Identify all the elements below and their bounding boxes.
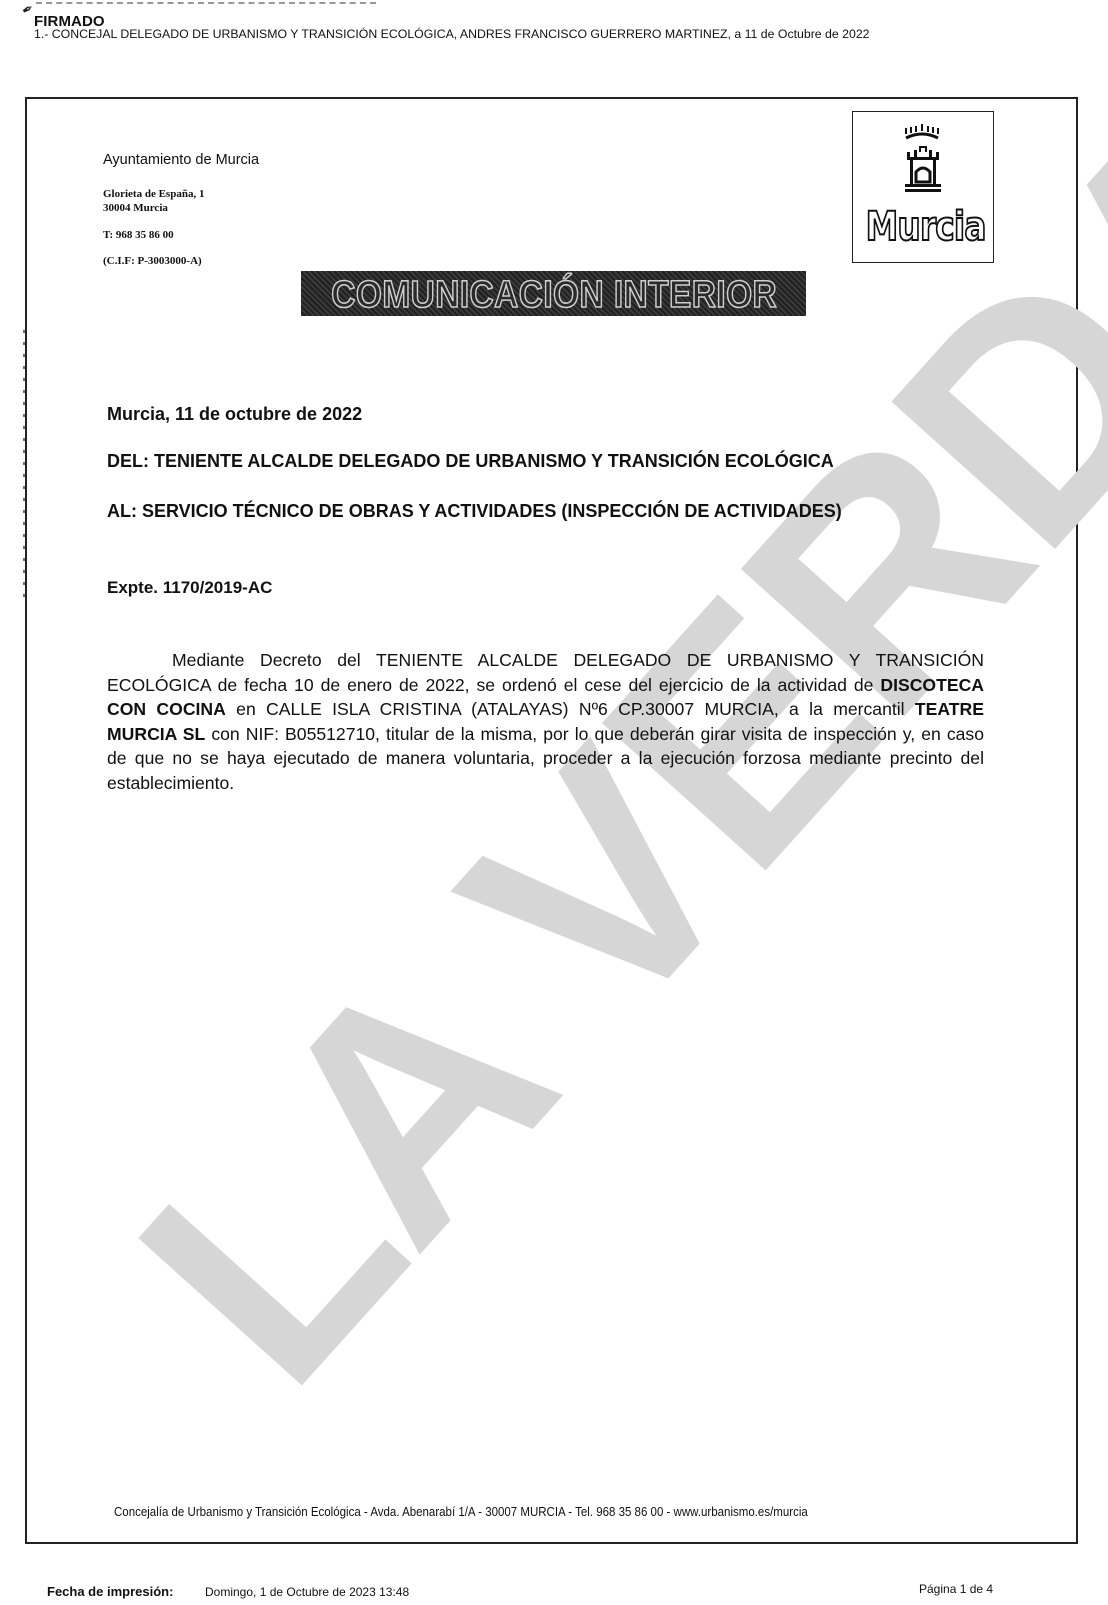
banner-text: COMUNICACIÓN INTERIOR (331, 274, 775, 317)
footer-address: Concejalía de Urbanismo y Transición Eco… (114, 1505, 808, 1519)
body-text-1: Mediante Decreto del TENIENTE ALCALDE DE… (107, 650, 984, 695)
body-paragraph: Mediante Decreto del TENIENTE ALCALDE DE… (107, 648, 984, 795)
document-type-banner: COMUNICACIÓN INTERIOR (301, 271, 806, 316)
crown-icon (900, 124, 944, 144)
address-line-2: 30004 Murcia (103, 202, 168, 215)
phone-number: T: 968 35 86 00 (103, 229, 174, 242)
body-text-3: con NIF: B05512710, titular de la misma,… (107, 724, 984, 793)
sender: DEL: TENIENTE ALCALDE DELEGADO DE URBANI… (107, 451, 834, 472)
document-date: Murcia, 11 de octubre de 2022 (107, 404, 362, 425)
logo-wordmark: Murcia (866, 204, 981, 250)
body-text-2: en CALLE ISLA CRISTINA (ATALAYAS) Nº6 CP… (226, 699, 915, 719)
tower-icon (905, 146, 941, 192)
document-content: Ayuntamiento de Murcia Glorieta de Españ… (0, 0, 1108, 1605)
recipient: AL: SERVICIO TÉCNICO DE OBRAS Y ACTIVIDA… (107, 501, 842, 522)
organization-name: Ayuntamiento de Murcia (103, 152, 259, 168)
murcia-logo: Murcia (852, 111, 994, 263)
address-line-1: Glorieta de España, 1 (103, 188, 204, 201)
file-reference: Expte. 1170/2019-AC (107, 578, 272, 598)
cif-number: (C.I.F: P-3003000-A) (103, 255, 202, 268)
